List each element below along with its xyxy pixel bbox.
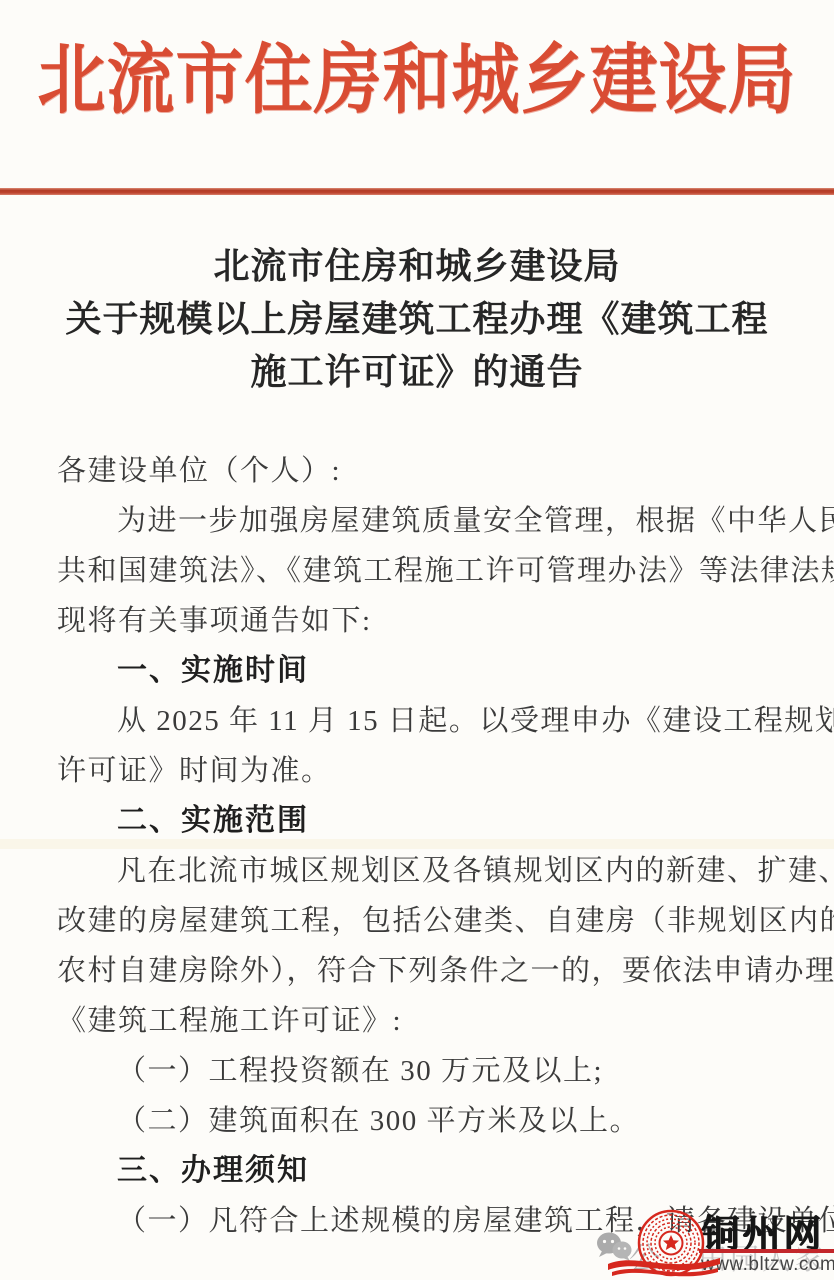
document-title: 北流市住房和城乡建设局 关于规模以上房屋建筑工程办理《建筑工程 施工许可证》的通… [0, 240, 834, 399]
body-text-line: 许可证》时间为准。 [57, 746, 779, 796]
body-text-line: 改建的房屋建筑工程，包括公建类、自建房（非规划区内的 [57, 896, 779, 946]
body-text-line: 各建设单位（个人）: [57, 446, 779, 496]
body-text-line: 现将有关事项通告如下: [57, 596, 779, 646]
site-url: www.bltzw.com [701, 1254, 834, 1276]
site-logo-underline [699, 1249, 834, 1253]
agency-masthead: 北流市住房和城乡建设局 [0, 20, 834, 129]
body-text-line: 共和国建筑法》、《建筑工程施工许可管理办法》等法律法规， [57, 546, 779, 596]
body-text-line: 《建筑工程施工许可证》: [57, 996, 779, 1046]
body-text-line: 为进一步加强房屋建筑质量安全管理，根据《中华人民 [57, 496, 779, 546]
document-title-line-1: 北流市住房和城乡建设局 [0, 240, 834, 293]
red-ribbon-swoosh-icon [606, 1256, 722, 1280]
body-text-line: 从 2025 年 11 月 15 日起。以受理申办《建设工程规划 [57, 696, 779, 746]
body-text-line: （一）凡符合上述规模的房屋建筑工程，请各建设单位 [57, 1196, 779, 1246]
body-text-line: （一）工程投资额在 30 万元及以上; [57, 1046, 779, 1096]
section-heading: 二、实施范围 [57, 796, 779, 846]
body-text-line: 农村自建房除外），符合下列条件之一的，要依法申请办理 [57, 946, 779, 996]
red-divider-rule [0, 188, 834, 195]
document-title-line-3: 施工许可证》的通告 [0, 346, 834, 399]
section-heading: 一、实施时间 [57, 646, 779, 696]
body-text-line: 凡在北流市城区规划区及各镇规划区内的新建、扩建、 [57, 846, 779, 896]
document-title-line-2: 关于规模以上房屋建筑工程办理《建筑工程 [0, 293, 834, 346]
scanned-document-page: 北流市住房和城乡建设局 北流市住房和城乡建设局 关于规模以上房屋建筑工程办理《建… [0, 0, 834, 1280]
body-text-line: （二）建筑面积在 300 平方米及以上。 [57, 1096, 779, 1146]
section-heading: 三、办理须知 [57, 1146, 779, 1196]
document-body: 各建设单位（个人）:为进一步加强房屋建筑质量安全管理，根据《中华人民共和国建筑法… [57, 446, 779, 1246]
